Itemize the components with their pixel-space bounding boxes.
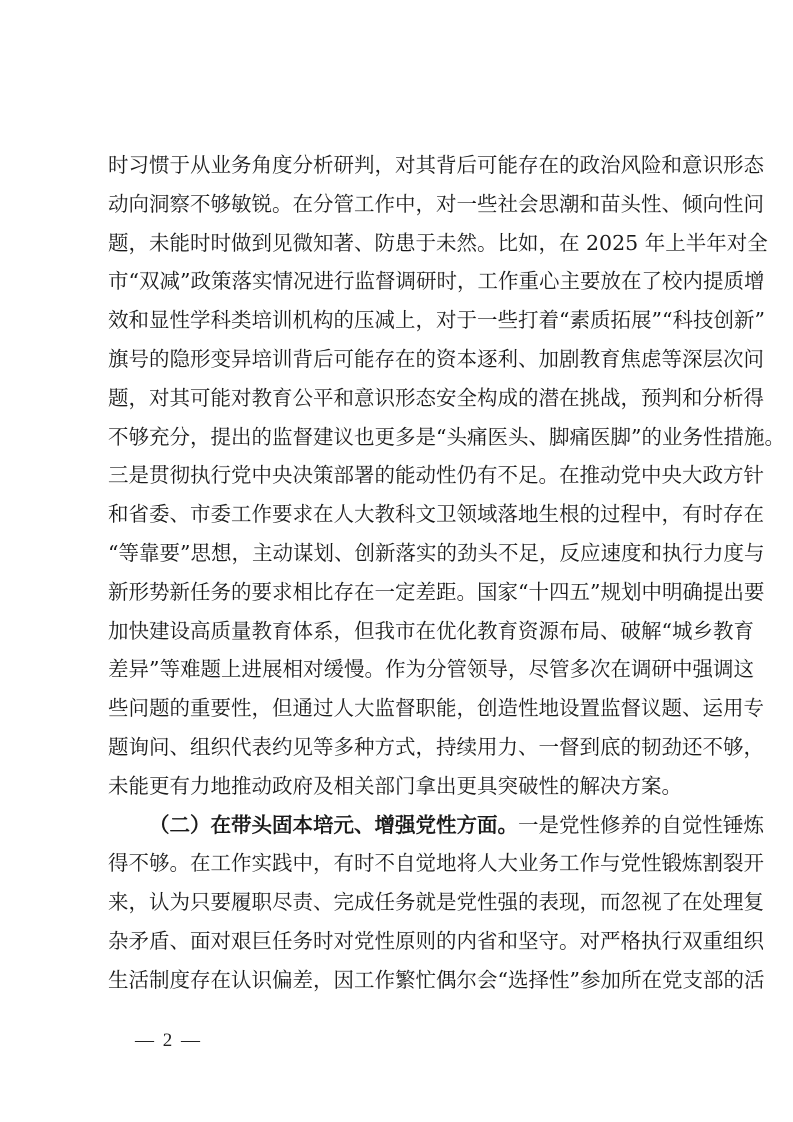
text-line: 题，未能时时做到见微知著、防患于未然。比如，在 2025 年上半年对全 — [108, 224, 693, 263]
text-line: 旗号的隐形变异培训背后可能存在的资本逐利、加剧教育焦虑等深层次问 — [108, 340, 693, 379]
text-line: 差异”等难题上进展相对缓慢。作为分管领导，尽管多次在调研中强调这 — [108, 650, 693, 689]
text-line: 加快建设高质量教育体系，但我市在优化教育资源布局、破解“城乡教育 — [108, 612, 693, 651]
section-heading-rest: 一是党性修养的自觉性锤炼 — [518, 813, 764, 837]
text-line: 市“双减”政策落实情况进行监督调研时，工作重心主要放在了校内提质增 — [108, 262, 693, 301]
body-text: 时习惯于从业务角度分析研判，对其背后可能存在的政治风险和意识形态 动向洞察不够敏… — [108, 146, 693, 1000]
text-line: 得不够。在工作实践中，有时不自觉地将人大业务工作与党性锻炼割裂开 — [108, 844, 693, 883]
text-line: 和省委、市委工作要求在人大教科文卫领域落地生根的过程中，有时存在 — [108, 495, 693, 534]
section-heading-line: （二）在带头固本培元、增强党性方面。一是党性修养的自觉性锤炼 — [108, 806, 693, 845]
section-heading: （二）在带头固本培元、增强党性方面。 — [149, 813, 518, 837]
text-line: 些问题的重要性，但通过人大监督职能，创造性地设置监督议题、运用专 — [108, 689, 693, 728]
text-line: 时习惯于从业务角度分析研判，对其背后可能存在的政治风险和意识形态 — [108, 146, 693, 185]
text-line: 生活制度存在认识偏差，因工作繁忙偶尔会“选择性”参加所在党支部的活 — [108, 961, 693, 1000]
text-line: “等靠要”思想，主动谋划、创新落实的劲头不足，反应速度和执行力度与 — [108, 534, 693, 573]
page-number: — 2 — — [135, 1030, 202, 1052]
text-line: 动向洞察不够敏锐。在分管工作中，对一些社会思潮和苗头性、倾向性问 — [108, 185, 693, 224]
text-line: 效和显性学科类培训机构的压减上，对于一些打着“素质拓展”“科技创新” — [108, 301, 693, 340]
text-line: 不够充分，提出的监督建议也更多是“头痛医头、脚痛医脚”的业务性措施。 — [108, 418, 693, 457]
text-line: 题，对其可能对教育公平和意识形态安全构成的潜在挑战，预判和分析得 — [108, 379, 693, 418]
text-line: 来，认为只要履职尽责、完成任务就是党性强的表现，而忽视了在处理复 — [108, 883, 693, 922]
document-page: 时习惯于从业务角度分析研判，对其背后可能存在的政治风险和意识形态 动向洞察不够敏… — [0, 0, 793, 1122]
text-line: 题询问、组织代表约见等多种方式，持续用力、一督到底的韧劲还不够， — [108, 728, 693, 767]
text-line: 未能更有力地推动政府及相关部门拿出更具突破性的解决方案。 — [108, 767, 693, 806]
text-line: 新形势新任务的要求相比存在一定差距。国家“十四五”规划中明确提出要 — [108, 573, 693, 612]
text-line: 杂矛盾、面对艰巨任务时对党性原则的内省和坚守。对严格执行双重组织 — [108, 922, 693, 961]
text-line: 三是贯彻执行党中央决策部署的能动性仍有不足。在推动党中央大政方针 — [108, 456, 693, 495]
